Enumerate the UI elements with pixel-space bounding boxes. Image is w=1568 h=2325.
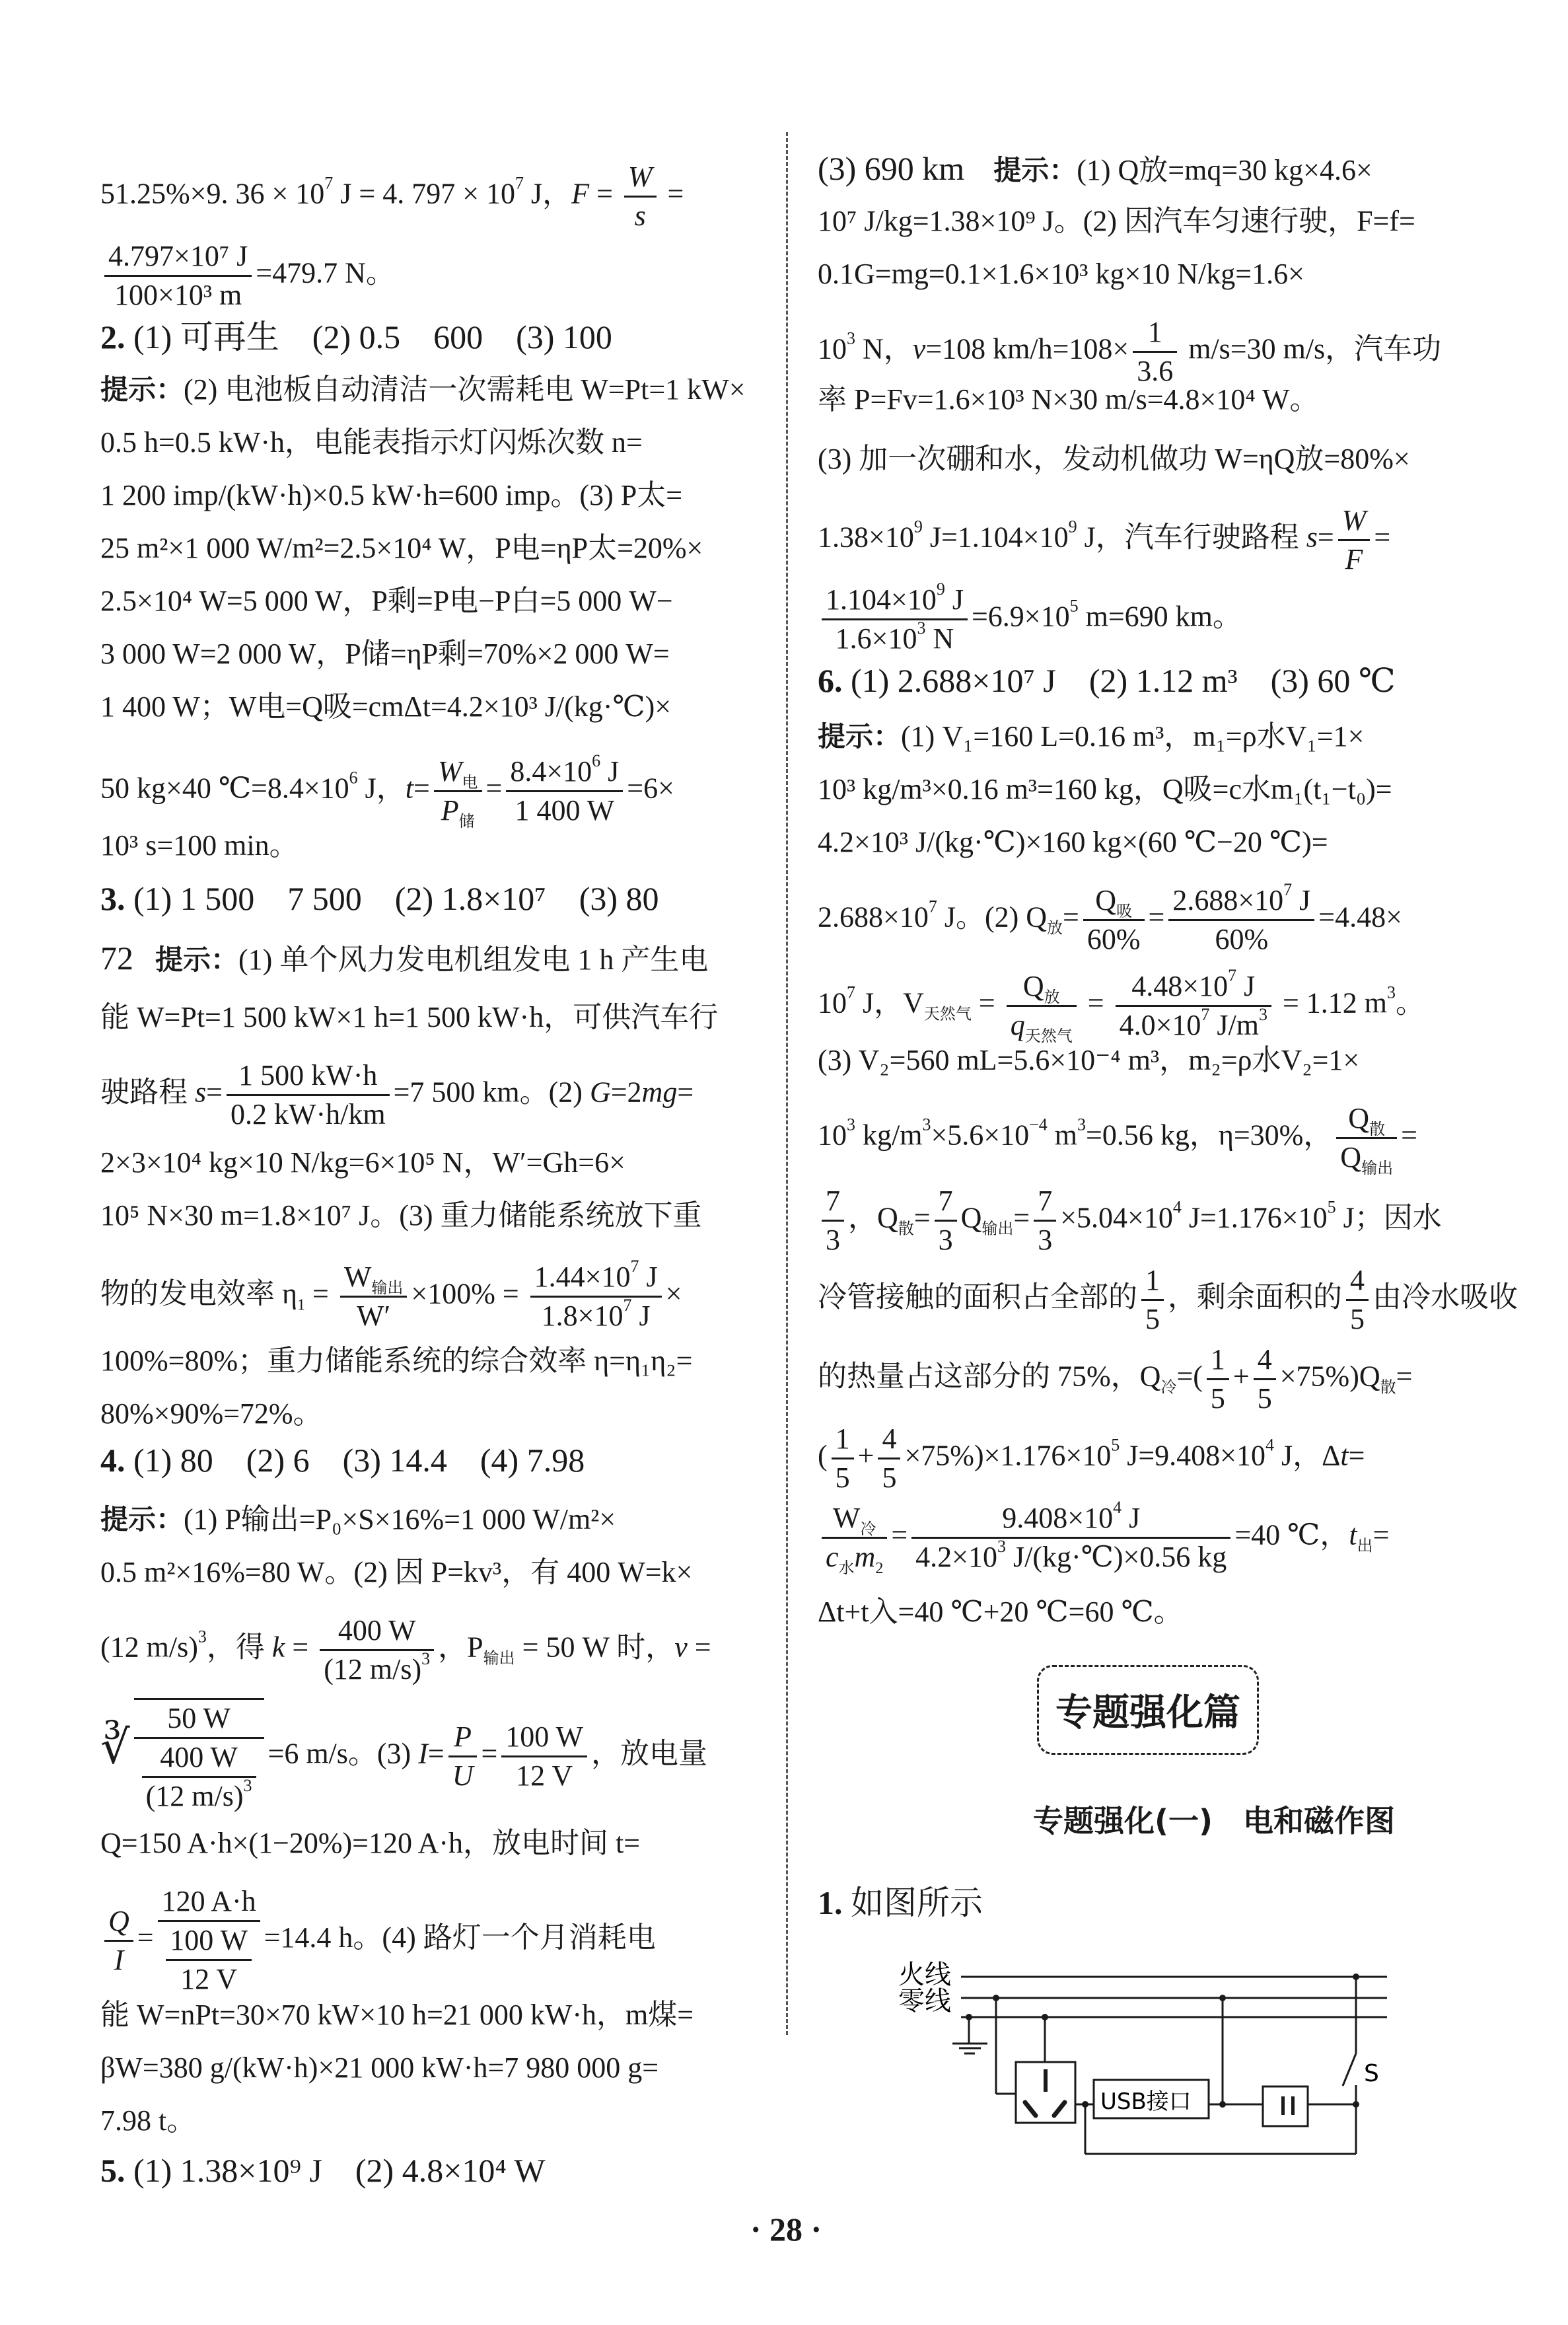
neutral-wire-label: 零线 [898,1986,951,2016]
q6-hint-line: 提示：(1) V₁=160 L=0.16 m³，m₁=ρ水V₁=1× [818,717,1364,757]
column-divider [786,132,788,2035]
q2-hint-line: 2.5×10⁴ W=5 000 W，P剩=P电−P白=5 000 W− [100,581,673,621]
q6-hint-line: 10³ kg/m³×0.16 m³=160 kg，Q吸=c水m₁(t₁−t₀)= [818,770,1392,809]
q5-answer: 5. (1) 1.38×10⁹ J (2) 4.8×10⁴ W [100,2151,546,2190]
usb-port-label: USB接口 [1100,2088,1192,2115]
page-number: · 28 · [733,2210,839,2248]
q2-hint-line: 1 400 W；W电=Q吸=cmΔt=4.2×10³ J/(kg·℃)× [100,687,671,727]
q3-answer: 3. (1) 1 500 7 500 (2) 1.8×10⁷ (3) 80 [100,879,659,918]
q6-hint-line-fraction: 103 kg/m3×5.6×10−4 m3=0.56 kg，η=30%，Q散Q输… [818,1100,1417,1176]
circuit-diagram: 火线 零线 USB接口 S [859,1929,1453,2180]
q3-hint-line: 72 提示：(1) 单个风力发电机组发电 1 h 产生电 [100,938,708,980]
section-banner: 专题强化篇 [1037,1665,1259,1755]
q5-hint-line: 10⁷ J/kg=1.38×10⁹ J。(2) 因汽车匀速行驶，F=f= [818,202,1415,241]
q4-hint-line: βW=380 g/(kW·h)×21 000 kW·h=7 980 000 g= [100,2048,659,2088]
q2-answer: 2. (1) 可再生 (2) 0.5 600 (3) 100 [100,317,612,357]
q4-hint-line-fraction: (12 m/s)3，得 k = 400 W(12 m/s)3，P输出 = 50 … [100,1612,711,1688]
q4-hint-line-fraction: QI=120 A·h100 W12 V=14.4 h。(4) 路灯一个月消耗电 [100,1883,656,1998]
q5-hint-line: (3) 690 km 提示：(1) Q放=mq=30 kg×4.6× [818,149,1372,190]
q3-hint-line-fraction: 物的发电效率 η1 = W输出W′×100% = 1.44×107 J1.8×1… [100,1259,682,1335]
q6-hint-line: Δt+t入=40 ℃+20 ℃=60 ℃。 [818,1592,1183,1632]
q6-hint-line-fraction: 107 J，V天然气 = Q放q天然气 = 4.48×107 J4.0×107 … [818,968,1425,1044]
q6-answer: 6. (1) 2.688×10⁷ J (2) 1.12 m³ (3) 60 ℃ [818,661,1396,700]
section-title: 专题强化(一) 电和磁作图 [950,1797,1478,1841]
q6-hint-line-fraction: 冷管接触的面积占全部的15，剩余面积的45由冷水吸收 [818,1262,1518,1338]
q4-hint-line: 提示：(1) P输出=P₀×S×16%=1 000 W/m²× [100,1500,616,1539]
q6-hint-line-fraction: 2.688×107 J。(2) Q放=Q吸60%=2.688×107 J60%=… [818,882,1402,958]
q3-hint-line: 100%=80%；重力储能系统的综合效率 η=η₁η₂= [100,1341,692,1381]
q3-hint-line: 10⁵ N×30 m=1.8×10⁷ J。(3) 重力储能系统放下重 [100,1196,702,1236]
q6-hint-line: 4.2×10³ J/(kg·℃)×160 kg×(60 ℃−20 ℃)= [818,823,1328,862]
q6-hint-line-fraction: 的热量占这部分的 75%，Q冷=(15+45×75%)Q散= [818,1341,1412,1417]
q5-hint-line-fraction: 1.104×109 J1.6×103 N=6.9×105 m=690 km。 [818,581,1242,657]
q5-hint-line-fraction: 1.38×109 J=1.104×109 J，汽车行驶路程 s=WF= [818,502,1390,578]
q6-hint-line-fraction: W冷c水m2=9.408×104 J4.2×103 J/(kg·℃)×0.56 … [818,1500,1389,1576]
q3-hint-line: 80%×90%=72%。 [100,1394,322,1434]
q4-hint-line-root: ∛50 W400 W(12 m/s)3=6 m/s。(3) I=PU=100 W… [100,1698,707,1815]
q4-answer: 4. (1) 80 (2) 6 (3) 14.4 (4) 7.98 [100,1440,585,1480]
q1-tail-line2: 4.797×10⁷ J100×10³ m=479.7 N。 [100,238,395,314]
q4-hint-line: Q=150 A·h×(1−20%)=120 A·h，放电时间 t= [100,1824,640,1863]
q3-hint-line: 能 W=Pt=1 500 kW×1 h=1 500 kW·h，可供汽车行 [100,998,718,1037]
q5-hint-line: 0.1G=mg=0.1×1.6×10³ kg×10 N/kg=1.6× [818,254,1304,294]
q3-hint-line: 2×3×10⁴ kg×10 N/kg=6×10⁵ N，W′=Gh=6× [100,1143,625,1183]
q3-hint-line-fraction: 驶路程 s=1 500 kW·h0.2 kW·h/km=7 500 km。(2)… [100,1057,694,1133]
q5-hint-line-fraction: 103 N，v=108 km/h=108×13.6 m/s=30 m/s，汽车功 [818,314,1441,390]
q4-hint-line: 0.5 m²×16%=80 W。(2) 因 P=kv³，有 400 W=k× [100,1553,692,1592]
q2-hint-line: 3 000 W=2 000 W，P储=ηP剩=70%×2 000 W= [100,634,670,674]
special-q1: 1. 如图所示 [818,1883,983,1923]
q1-tail-line1: 51.25%×9. 36 × 107 J = 4. 797 × 107 J，F … [100,159,684,235]
q6-hint-line-fraction: 73，Q散=73Q输出=73×5.04×104 J=1.176×105 J；因水 [818,1183,1442,1259]
q2-hint-line: 1 200 imp/(kW·h)×0.5 kW·h=600 imp。(3) P太… [100,476,682,515]
q6-hint-line-fraction: (15+45×75%)×1.176×105 J=9.408×104 J，Δt= [818,1421,1365,1496]
q2-hint-line: 提示：(2) 电池板自动清洁一次需耗电 W=Pt=1 kW× [100,370,746,410]
q5-hint-line: (3) 加一次硼和水，发动机做功 W=ηQ放=80%× [818,439,1410,479]
q6-hint-line: (3) V₂=560 mL=5.6×10⁻⁴ m³，m₂=ρ水V₂=1× [818,1041,1359,1080]
q2-hint-line-fraction: 50 kg×40 ℃=8.4×106 J，t=W电P储=8.4×106 J1 4… [100,753,674,829]
q2-hint-line: 25 m²×1 000 W/m²=2.5×10⁴ W，P电=ηP太=20%× [100,529,703,568]
switch-label: S [1364,2060,1379,2087]
q4-hint-line: 7.98 t。 [100,2101,196,2141]
q4-hint-line: 能 W=nPt=30×70 kW×10 h=21 000 kW·h，m煤= [100,1995,694,2035]
q2-hint-line: 10³ s=100 min。 [100,826,299,866]
q2-hint-line: 0.5 h=0.5 kW·h，电能表指示灯闪烁次数 n= [100,423,643,462]
q5-hint-line: 率 P=Fv=1.6×10³ N×30 m/s=4.8×10⁴ W。 [818,380,1318,420]
